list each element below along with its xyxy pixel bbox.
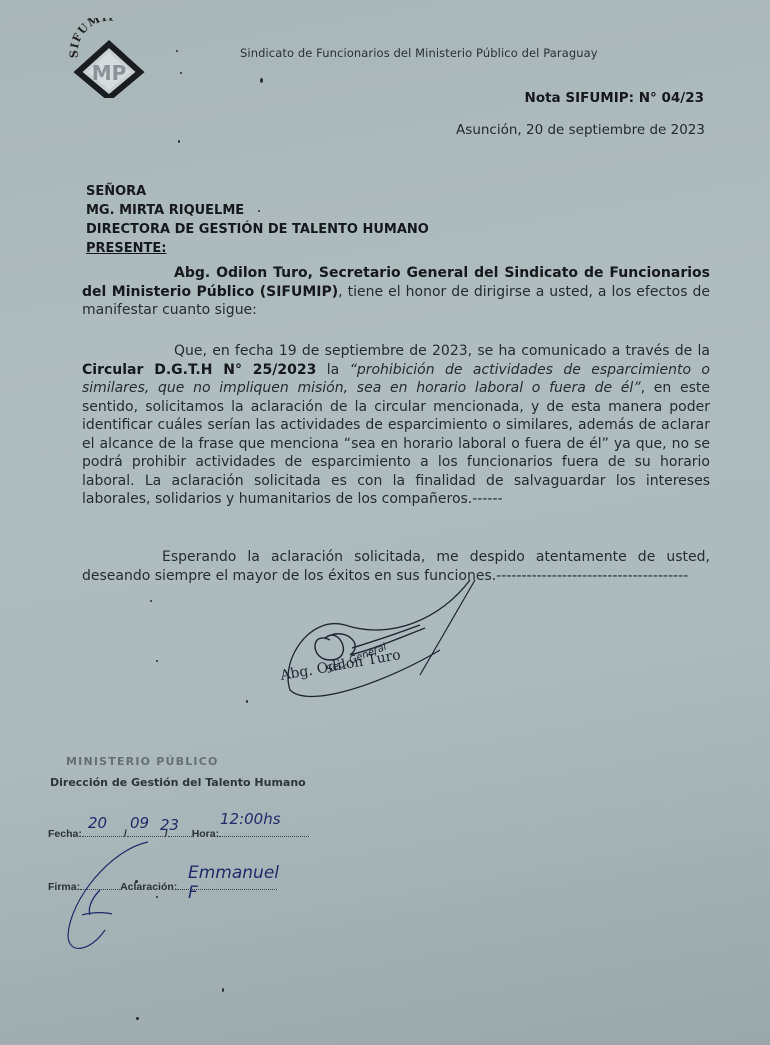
request-text-c: , en este sentido, solicitamos la aclara… [82, 380, 710, 507]
request-text-a: Que, en fecha 19 de septiembre de 2023, … [174, 343, 710, 359]
received-year: 23 [160, 816, 179, 834]
request-text-b: la [316, 362, 349, 378]
organization-name: Sindicato de Funcionarios del Ministerio… [240, 46, 598, 60]
received-time: 12:00hs [220, 810, 281, 828]
receiver-name: Emmanuel F [188, 863, 279, 903]
document-date: Asunción, 20 de septiembre de 2023 [456, 122, 705, 138]
fecha-label: Fecha: [48, 828, 82, 840]
circular-reference: Circular D.G.T.H N° 25/2023 [82, 362, 316, 378]
received-month: 09 [130, 814, 149, 832]
addressee-position: DIRECTORA DE GESTIÓN DE TALENTO HUMANO [86, 220, 429, 239]
logo-initials: MP [92, 61, 127, 85]
stamp-title: MINISTERIO PÚBLICO [66, 755, 219, 768]
receiver-signature-icon [60, 840, 170, 960]
signature-icon: Sec. General [270, 580, 490, 710]
received-day: 20 [88, 814, 107, 832]
note-number: Nota SIFUMIP: N° 04/23 [525, 90, 704, 106]
salutation: SEÑORA [86, 182, 429, 201]
stamp-department: Dirección de Gestión del Talento Humano [50, 776, 306, 789]
paragraph-request: Que, en fecha 19 de septiembre de 2023, … [82, 342, 710, 509]
addressee-block: SEÑORA MG. MIRTA RIQUELME DIRECTORA DE G… [86, 182, 429, 258]
received-date-row: Fecha://Hora: 20 09 23 12:00hs [48, 826, 309, 840]
presente-label: PRESENTE: [86, 239, 429, 258]
sifumip-logo: SIFUMIP MP [64, 18, 154, 98]
signature-block: Sec. General Abg. Odilon Turo [270, 580, 490, 710]
paragraph-intro: Abg. Odilon Turo, Secretario General del… [82, 264, 710, 320]
hora-label: Hora: [192, 828, 219, 840]
